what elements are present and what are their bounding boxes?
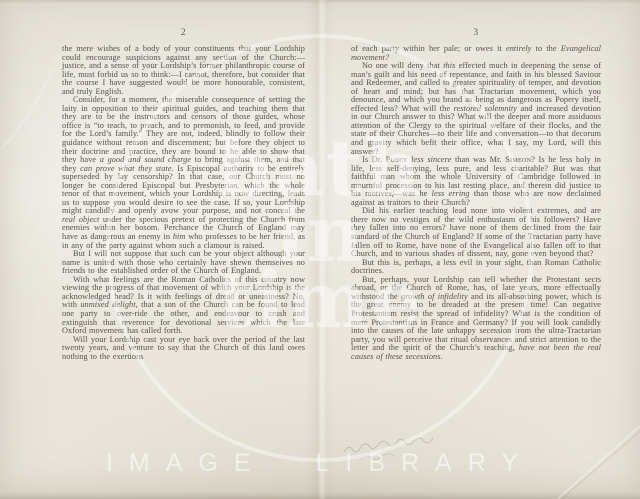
left-page: 2 the mere wishes of a body of your cons… — [62, 28, 305, 361]
right-page-text: of each party within her pale; or owes i… — [351, 45, 601, 361]
paragraph: But this is, perhaps, a less evil in you… — [351, 259, 601, 276]
page-fold-gutter — [306, 0, 334, 499]
right-page: 3 of each party within her pale; or owes… — [351, 28, 601, 361]
paragraph: No one will deny that this effected much… — [351, 62, 601, 156]
left-page-number: 2 — [62, 28, 305, 38]
paragraph: the mere wishes of a body of your consti… — [62, 45, 305, 96]
scanned-document: 2 the mere wishes of a body of your cons… — [0, 0, 640, 499]
paragraph: of each party within her pale; or owes i… — [351, 45, 601, 62]
paragraph: Did his earlier teaching lead none into … — [351, 207, 601, 258]
paragraph: With what feelings are the Roman Catholi… — [62, 276, 305, 336]
left-page-text: the mere wishes of a body of your consti… — [62, 45, 305, 361]
paragraph: But, perhaps, your Lordship can tell whe… — [351, 276, 601, 361]
paragraph: Will your Lordship cast your eye back ov… — [62, 336, 305, 362]
right-page-number: 3 — [351, 28, 601, 38]
paragraph: Consider, for a moment, the miserable co… — [62, 96, 305, 250]
paragraph: Is Dr. Pusey less sincere than was Mr. S… — [351, 156, 601, 207]
paragraph: But I will not suppose that such can be … — [62, 250, 305, 276]
